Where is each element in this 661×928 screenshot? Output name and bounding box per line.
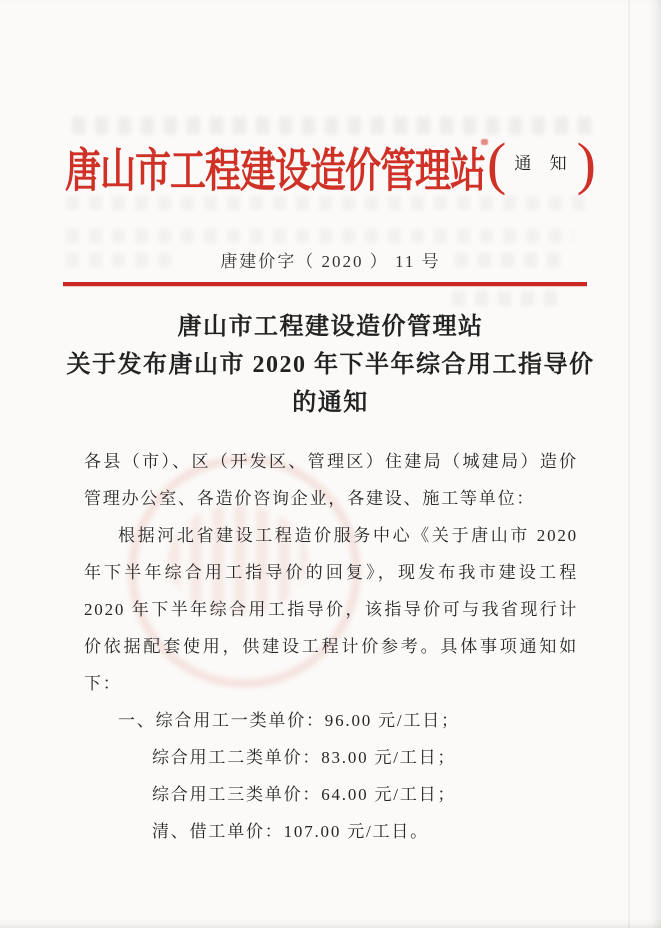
salutation-paragraph: 各县（市）、区（开发区、管理区）住建局（城建局）造价管理办公室、各造价咨询企业，…: [84, 443, 578, 517]
issuing-org-title: 唐山市工程建设造价管理站: [65, 134, 485, 200]
scanned-document-page: 唐山市工程建设造价管理站 ( 通 知 ) 唐建价字（ 2020 ） 11 号 唐…: [0, 0, 661, 928]
document-title-line3: 的通知: [40, 384, 621, 422]
notice-badge: ( 通 知 ): [487, 138, 596, 196]
document-title-line2: 关于发布唐山市 2020 年下半年综合用工指导价: [40, 346, 621, 384]
paren-close: ): [577, 135, 596, 193]
document-body: 各县（市）、区（开发区、管理区）住建局（城建局）造价管理办公室、各造价咨询企业，…: [84, 443, 578, 850]
bleedthrough-text-row: [66, 229, 574, 243]
document-title: 唐山市工程建设造价管理站 关于发布唐山市 2020 年下半年综合用工指导价 的通…: [40, 308, 621, 422]
bleedthrough-text-row: [72, 117, 598, 134]
price-item: 综合用工三类单价：64.00 元/工日；: [84, 776, 578, 813]
red-separator-rule: [63, 282, 587, 286]
document-number: 唐建价字（ 2020 ） 11 号: [0, 247, 661, 272]
bleedthrough-text-row: [452, 291, 560, 306]
main-paragraph: 根据河北省建设工程造价服务中心《关于唐山市 2020 年下半年综合用工指导价的回…: [84, 517, 578, 702]
document-masthead: 唐山市工程建设造价管理站 ( 通 知 ): [0, 138, 661, 196]
price-item: 综合用工二类单价：83.00 元/工日；: [84, 739, 578, 776]
price-item: 清、借工单价：107.00 元/工日。: [84, 813, 578, 850]
notice-badge-label: 通 知: [514, 149, 573, 174]
document-title-line1: 唐山市工程建设造价管理站: [40, 308, 621, 346]
price-item: 一、综合用工一类单价：96.00 元/工日；: [84, 702, 578, 739]
paren-open: (: [487, 135, 506, 193]
